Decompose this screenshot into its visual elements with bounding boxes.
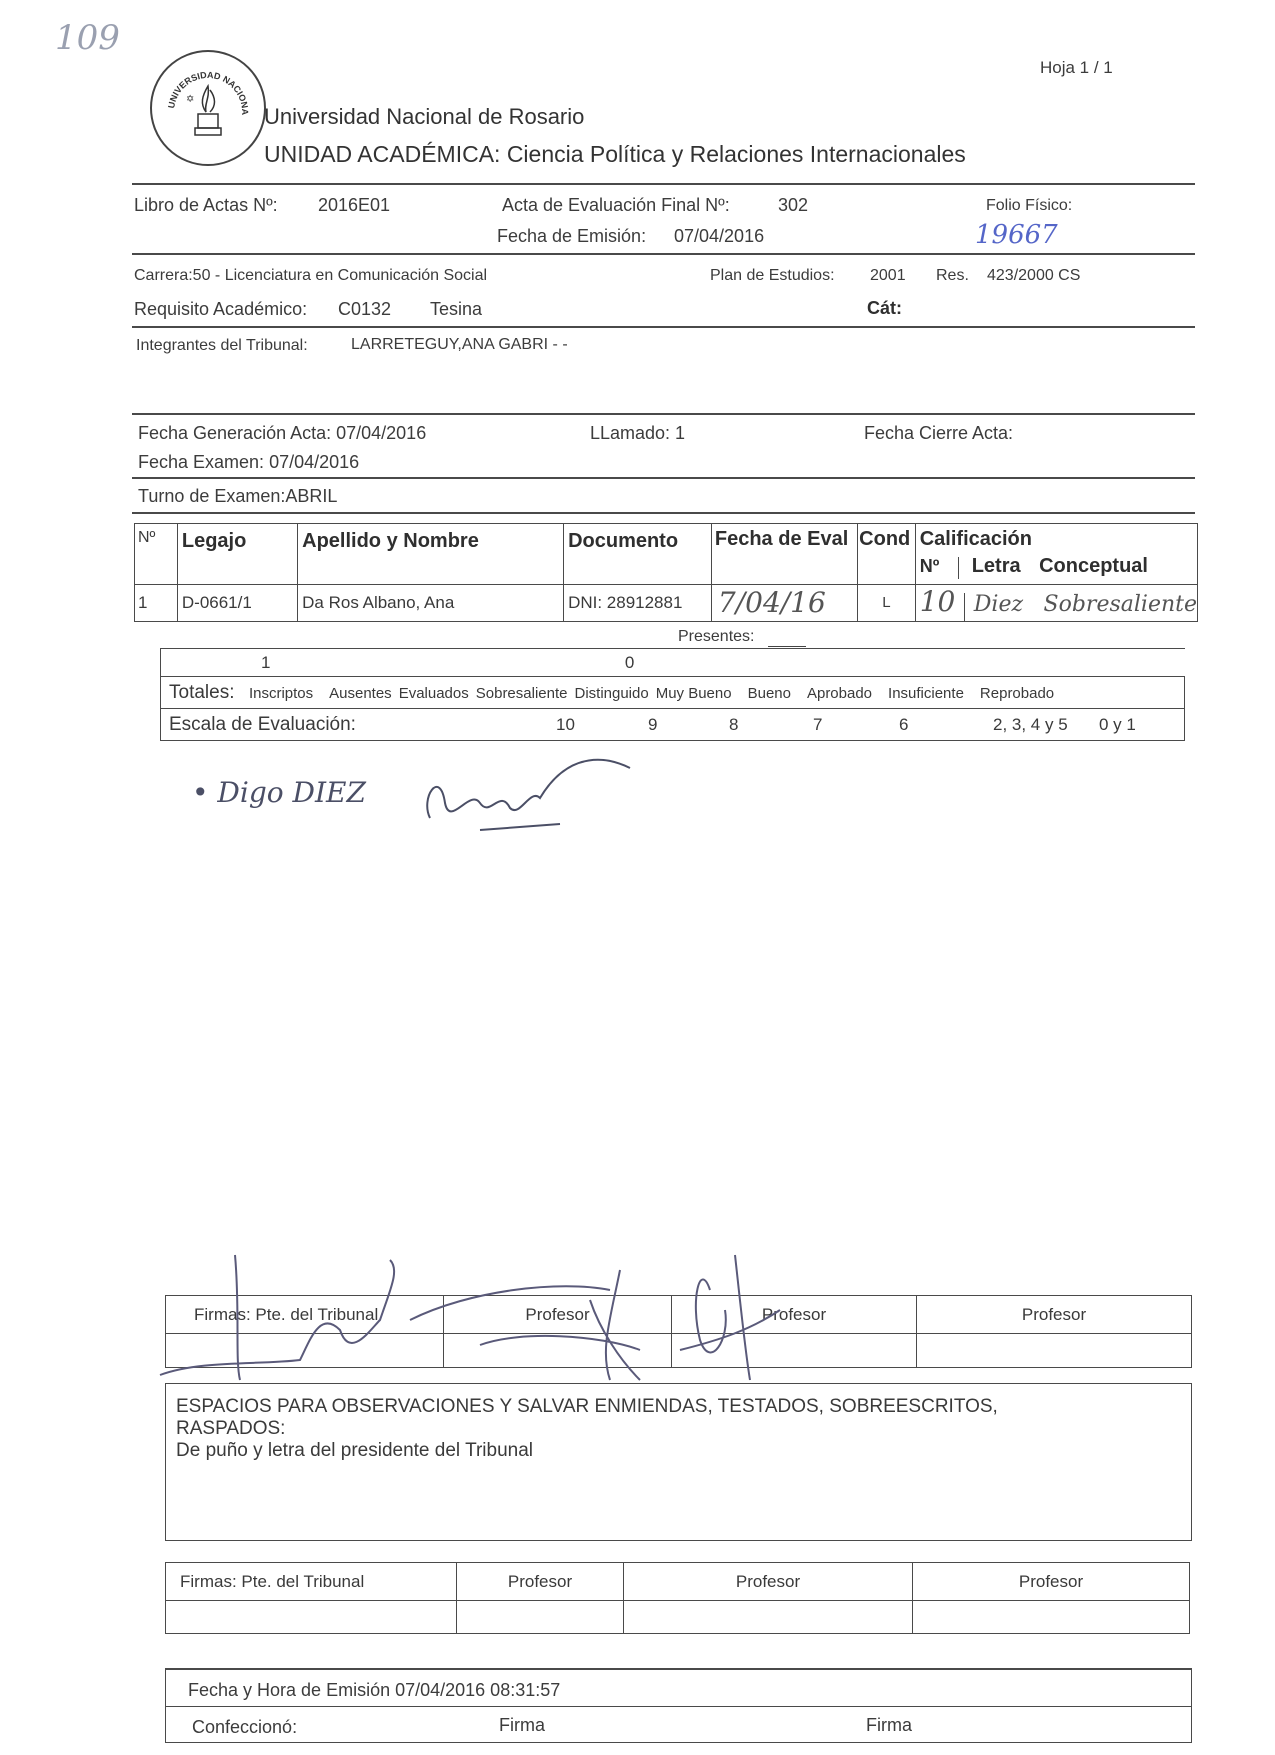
signature-scribble — [410, 748, 640, 838]
header-cal-nro: Nº — [920, 556, 940, 576]
handwritten-note: • Digo DIEZ — [192, 776, 366, 809]
university-seal-logo: UNIVERSIDAD NACIONAL DE ROSARIO ✡ — [150, 50, 266, 166]
footer-confecciono: Confeccionó: — [192, 1717, 297, 1738]
escala-value: 8 — [729, 715, 738, 735]
row-nombre: Da Ros Albano, Ana — [298, 593, 454, 612]
sig2-field-profesor-3 — [913, 1601, 1190, 1634]
totals-column-reprobado: Reprobado — [980, 685, 1054, 702]
row-cond: L — [882, 594, 890, 611]
sig2-field-profesor-1 — [457, 1601, 624, 1634]
academic-unit: UNIDAD ACADÉMICA: Ciencia Política y Rel… — [264, 141, 966, 168]
folio-handwritten: 19667 — [975, 220, 1058, 250]
requisito-name: Tesina — [430, 299, 482, 320]
libro-label: Libro de Actas Nº: — [134, 195, 278, 216]
ausentes-value: 0 — [625, 653, 634, 672]
requisito-label: Requisito Académico: — [134, 299, 307, 320]
footer-firma-2: Firma — [866, 1715, 912, 1736]
footer-emision: Fecha y Hora de Emisión 07/04/2016 08:31… — [188, 1680, 560, 1701]
observaciones-box: ESPACIOS PARA OBSERVACIONES Y SALVAR ENM… — [165, 1383, 1192, 1541]
escala-value: 2, 3, 4 y 5 — [993, 715, 1068, 735]
plan-value: 2001 — [870, 267, 906, 285]
sig2-label-profesor-2: Profesor — [736, 1572, 800, 1591]
totals-column-insuficiente: Insuficiente — [888, 685, 964, 702]
fecha-examen: Fecha Examen: 07/04/2016 — [138, 452, 359, 473]
folio-label: Folio Físico: — [986, 197, 1072, 215]
fecha-generacion: Fecha Generación Acta: 07/04/2016 — [138, 423, 426, 444]
plan-label: Plan de Estudios: — [710, 267, 835, 285]
sig2-field-profesor-2 — [624, 1601, 913, 1634]
totals-column-inscriptos: Inscriptos — [249, 685, 313, 702]
acta-value: 302 — [778, 195, 808, 216]
margin-number: 109 — [55, 18, 120, 58]
escala-value: 10 — [556, 715, 575, 735]
sig2-label-president: Firmas: Pte. del Tribunal — [166, 1572, 364, 1591]
sig2-field-president — [166, 1601, 457, 1634]
carrera: Carrera:50 - Licenciatura en Comunicació… — [134, 267, 487, 285]
escala-value: 9 — [648, 715, 657, 735]
header-cal-letra: Letra — [972, 555, 1021, 577]
header-nombre: Apellido y Nombre — [302, 530, 479, 552]
totals-table: 1 0 Totales: InscriptosAusentesEvaluados… — [160, 648, 1185, 741]
totals-column-muy-bueno: Muy Bueno — [656, 685, 732, 702]
cat-label: Cát: — [867, 298, 902, 319]
totales-label: Totales: — [161, 682, 234, 703]
signatures-table-2: Firmas: Pte. del Tribunal Profesor Profe… — [165, 1562, 1190, 1634]
university-name: Universidad Nacional de Rosario — [264, 104, 584, 130]
totals-column-distinguido: Distinguido — [574, 685, 648, 702]
tribunal-label: Integrantes del Tribunal: — [136, 337, 308, 355]
fecha-cierre: Fecha Cierre Acta: — [864, 423, 1013, 444]
svg-text:✡: ✡ — [186, 94, 194, 105]
res-value: 423/2000 CS — [987, 267, 1080, 285]
sig1-field-profesor-3 — [917, 1334, 1192, 1368]
presentes-label: Presentes: — [678, 628, 754, 646]
header-legajo: Legajo — [182, 530, 246, 552]
header-documento: Documento — [568, 530, 678, 552]
row-grade-number-handwritten: 10 — [916, 585, 956, 618]
escala-value: 7 — [813, 715, 822, 735]
requisito-code: C0132 — [338, 299, 391, 320]
header-cal-conceptual: Conceptual — [1039, 555, 1148, 577]
totals-column-evaluados: Evaluados — [399, 685, 469, 702]
acta-label: Acta de Evaluación Final Nº: — [502, 195, 730, 216]
row-documento: DNI: 28912881 — [564, 593, 682, 612]
header-calificacion: Calificación — [920, 528, 1197, 551]
llamado: LLamado: 1 — [590, 423, 685, 444]
totals-column-sobresaliente: Sobresaliente — [476, 685, 568, 702]
turno-examen: Turno de Examen:ABRIL — [138, 486, 337, 507]
signatures-ink — [140, 1250, 860, 1390]
students-table: Nº Legajo Apellido y Nombre Documento Fe… — [134, 523, 1198, 622]
header-cond: Cond — [859, 528, 910, 550]
header-fecha-eval: Fecha de Eval — [715, 528, 848, 550]
escala-value: 6 — [899, 715, 908, 735]
header-nro: Nº — [138, 529, 155, 546]
escala-value: 0 y 1 — [1099, 715, 1136, 735]
sig1-label-profesor-3: Profesor — [1022, 1305, 1086, 1324]
observaciones-title: ESPACIOS PARA OBSERVACIONES Y SALVAR ENM… — [176, 1396, 1191, 1418]
row-grade-conceptual-handwritten: Sobresaliente — [1044, 592, 1197, 617]
sig2-label-profesor-1: Profesor — [508, 1572, 572, 1591]
totals-column-aprobado: Aprobado — [807, 685, 872, 702]
footer-firma-1: Firma — [499, 1715, 545, 1736]
sig2-label-profesor-3: Profesor — [1019, 1572, 1083, 1591]
emision-value: 07/04/2016 — [674, 226, 764, 247]
row-legajo: D-0661/1 — [178, 593, 252, 612]
totals-column-bueno: Bueno — [748, 685, 791, 702]
totals-column-ausentes: Ausentes — [329, 685, 392, 702]
observaciones-text: De puño y letra del presidente del Tribu… — [176, 1440, 1191, 1462]
libro-value: 2016E01 — [318, 195, 390, 216]
row-fecha-eval-handwritten: 7/04/16 — [712, 586, 826, 619]
torch-icon: UNIVERSIDAD NACIONAL DE ROSARIO ✡ — [162, 62, 254, 154]
emision-label: Fecha de Emisión: — [497, 226, 646, 247]
sheet-number: Hoja 1 / 1 — [1040, 58, 1113, 78]
row-nro: 1 — [135, 593, 147, 612]
escala-label: Escala de Evaluación: — [161, 714, 356, 735]
footer-box: Fecha y Hora de Emisión 07/04/2016 08:31… — [165, 1668, 1192, 1743]
inscriptos-value: 1 — [261, 653, 270, 672]
observaciones-title-2: RASPADOS: — [176, 1418, 1191, 1440]
table-row: 1 D-0661/1 Da Ros Albano, Ana DNI: 28912… — [135, 585, 1198, 622]
res-label: Res. — [936, 267, 969, 285]
row-grade-letter-handwritten: Diez — [974, 592, 1023, 617]
tribunal-value: LARRETEGUY,ANA GABRI - - — [351, 336, 568, 354]
